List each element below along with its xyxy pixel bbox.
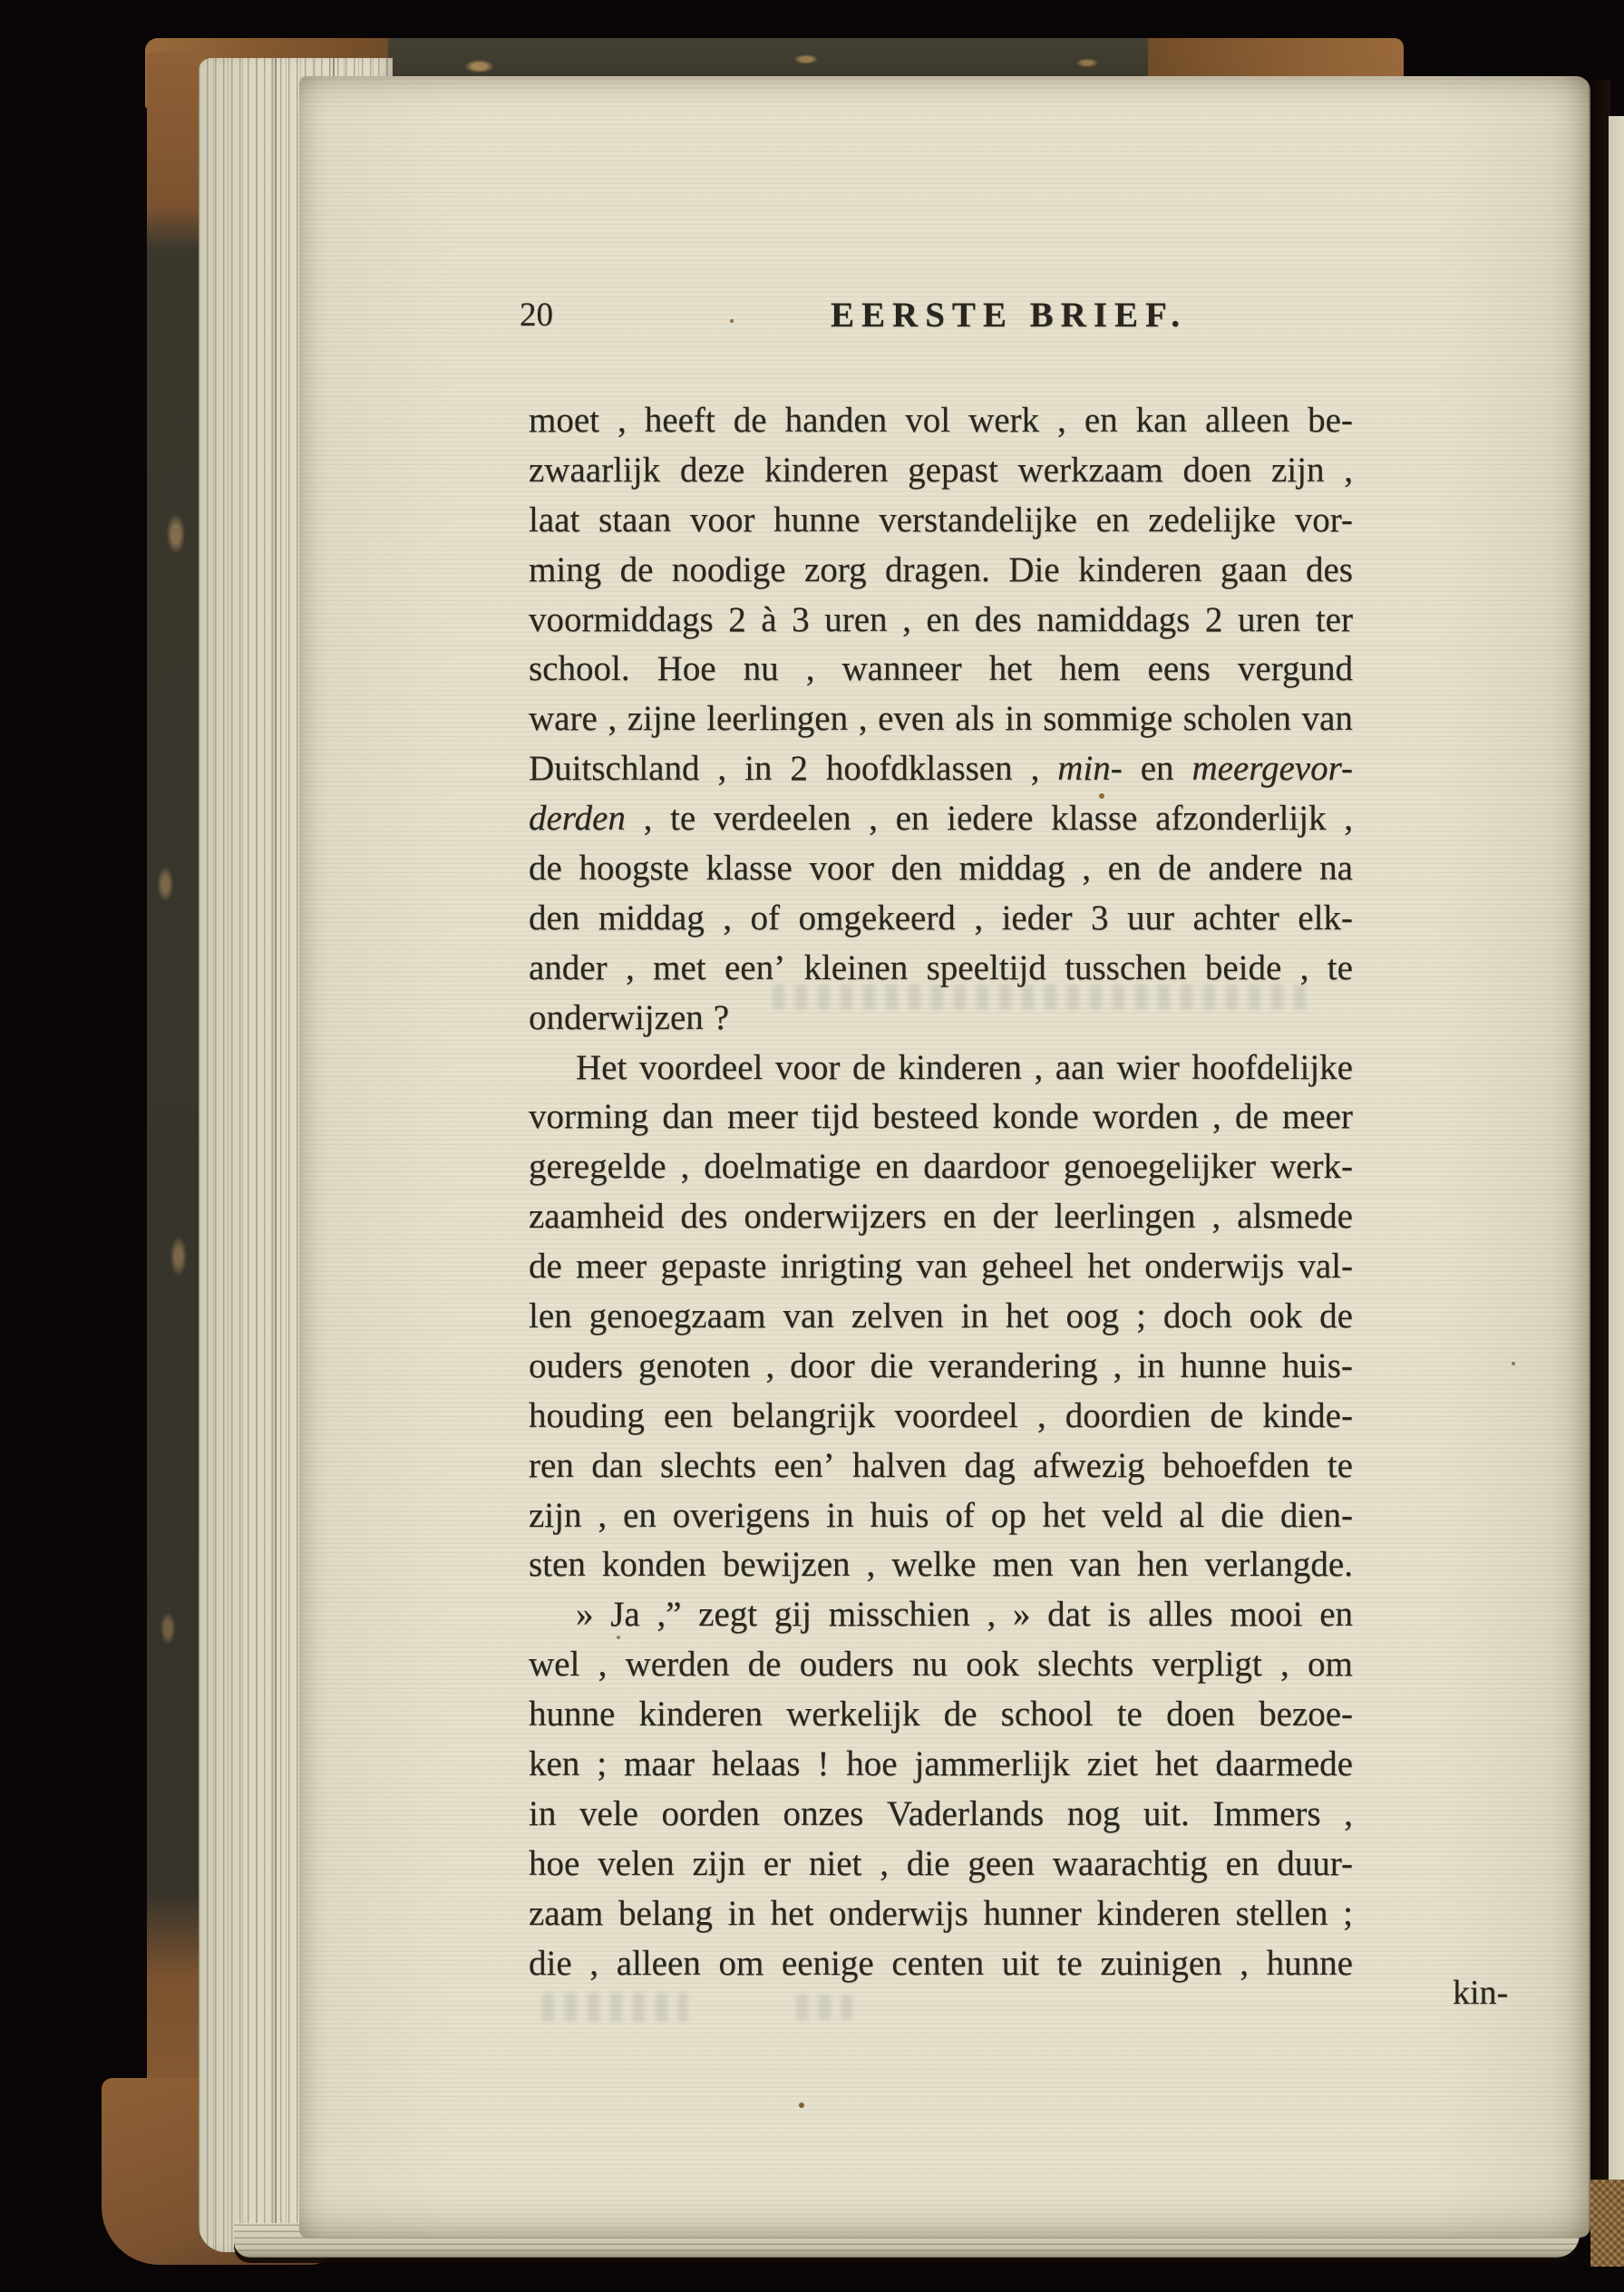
word: kinderen xyxy=(764,450,888,490)
body-line: denmiddag,ofomgekeerd,ieder3uurachterelk… xyxy=(529,893,1353,943)
body-line: vormingdanmeertijdbesteedkondeworden,dem… xyxy=(529,1092,1353,1141)
word: belang xyxy=(618,1893,713,1934)
body-line: lengenoegzaamvanzelveninhetoog;dochookde xyxy=(529,1291,1353,1341)
word: worden xyxy=(1093,1096,1199,1137)
body-line: inveleoordenonzesVaderlandsnoguit.Immers… xyxy=(529,1789,1353,1839)
word: bewijzen xyxy=(723,1544,851,1585)
word: in xyxy=(1005,698,1032,739)
word: Immers xyxy=(1212,1793,1320,1834)
next-page-sliver xyxy=(1609,116,1624,2248)
word: uren xyxy=(1238,599,1300,640)
word: heeft xyxy=(645,400,715,441)
word: , xyxy=(1212,1096,1221,1137)
word: hunne xyxy=(773,500,860,540)
word: , xyxy=(598,1644,608,1685)
word: een xyxy=(664,1395,713,1436)
word: hunne xyxy=(529,1694,615,1734)
word: de xyxy=(944,1694,977,1734)
word: doordien xyxy=(1065,1395,1191,1436)
word: , xyxy=(608,698,617,739)
word: in xyxy=(826,1495,853,1536)
word: hem xyxy=(1059,648,1120,689)
word: van xyxy=(783,1296,834,1336)
word: en xyxy=(1319,1594,1353,1635)
word: die xyxy=(529,1943,572,1984)
word: vergund xyxy=(1238,648,1353,689)
word: daardoor xyxy=(923,1146,1049,1187)
word: klasse xyxy=(1051,798,1137,839)
word: kinderen xyxy=(1078,549,1201,590)
word: geen xyxy=(968,1843,1035,1884)
word: het xyxy=(771,1893,814,1934)
word: elk- xyxy=(1298,898,1353,938)
body-text: moet,heeftdehandenvolwerk,enkanalleenbe-… xyxy=(529,395,1353,1988)
word: van xyxy=(916,1246,967,1287)
word: , xyxy=(644,798,653,839)
word: slechts xyxy=(660,1445,756,1486)
word: de xyxy=(1210,1395,1243,1436)
body-line: school.Hoenu,wanneerhethemeensvergund xyxy=(529,644,1353,694)
word: misschien xyxy=(829,1594,970,1635)
word: speeltijd xyxy=(927,947,1046,988)
word: verstandelijke xyxy=(879,500,1077,540)
word: andere xyxy=(1209,848,1303,889)
page-number: 20 xyxy=(520,296,553,335)
word: 2 xyxy=(790,748,808,789)
word: min- xyxy=(1057,748,1123,789)
word: school xyxy=(1001,1694,1094,1734)
body-line: zaambelanginhetonderwijshunnerkinderenst… xyxy=(529,1889,1353,1938)
book-scan: 20 EERSTE BRIEF. moet,heeftdehandenvolwe… xyxy=(0,0,1624,2292)
word: ouders xyxy=(529,1345,623,1386)
word: 2 xyxy=(1205,599,1223,640)
word: gepast xyxy=(908,450,998,490)
word: , xyxy=(1240,1943,1249,1984)
word: duur- xyxy=(1277,1843,1353,1884)
word: hoogste xyxy=(579,848,688,889)
word: aan xyxy=(1055,1047,1104,1088)
word: en xyxy=(896,798,929,839)
word: het xyxy=(1043,1495,1086,1536)
word: , xyxy=(1031,748,1040,789)
word: overigens xyxy=(673,1495,811,1536)
word: sten xyxy=(529,1544,586,1585)
word: Vaderlands xyxy=(887,1793,1044,1834)
word: be- xyxy=(1308,400,1353,441)
word: van xyxy=(1302,698,1353,739)
word: zuinigen xyxy=(1100,1943,1221,1984)
word: en xyxy=(1108,848,1142,889)
word: het xyxy=(1087,1246,1131,1287)
word: zijne xyxy=(627,698,696,739)
word: ming xyxy=(529,549,601,590)
word: , xyxy=(1034,1047,1043,1088)
word: , xyxy=(987,1594,996,1635)
word: te xyxy=(1327,947,1353,988)
word: uit. xyxy=(1143,1793,1190,1834)
body-line: Duitschland,in2hoofdklassen,min-enmeerge… xyxy=(529,743,1353,793)
word: helaas xyxy=(712,1743,800,1784)
word: ook xyxy=(966,1644,1019,1685)
ink-showthrough xyxy=(542,1993,687,2022)
word: halven xyxy=(852,1445,947,1486)
body-line: Hetvoordeelvoordekinderen,aanwierhoofdel… xyxy=(529,1043,1353,1093)
word: 2 xyxy=(728,599,746,640)
word: op xyxy=(991,1495,1026,1536)
word: werden xyxy=(626,1644,730,1685)
word: zaamheid xyxy=(529,1196,664,1237)
word: wel xyxy=(529,1644,579,1685)
body-line: houdingeenbelangrijkvoordeel,doordiendek… xyxy=(529,1391,1353,1441)
body-line: hunnekinderenwerkelijkdeschooltedoenbezo… xyxy=(529,1689,1353,1739)
word: ter xyxy=(1316,599,1353,640)
word: kinderen xyxy=(1096,1893,1220,1934)
word: , xyxy=(1113,1345,1123,1386)
word: dan xyxy=(591,1445,642,1486)
word: veld xyxy=(1102,1495,1162,1536)
word: dat xyxy=(1047,1594,1091,1635)
page-edge-line xyxy=(275,58,277,2252)
word: met xyxy=(653,947,705,988)
word: wanneer xyxy=(842,648,962,689)
word: hunne xyxy=(1181,1345,1267,1386)
word: , xyxy=(1057,400,1066,441)
word: vorming xyxy=(529,1096,648,1137)
word: nu xyxy=(912,1644,948,1685)
word: , xyxy=(1344,1793,1353,1834)
word: ! xyxy=(817,1743,829,1784)
word: len xyxy=(529,1296,572,1336)
word: zijn xyxy=(692,1843,744,1884)
word: dragen. xyxy=(885,549,990,590)
word: zelven xyxy=(851,1296,944,1336)
word: leerlingen xyxy=(706,698,848,739)
binding-cloth-corner xyxy=(1590,2180,1624,2267)
word: , xyxy=(618,400,627,441)
word: , xyxy=(859,698,868,739)
body-line: laatstaanvoorhunneverstandelijkeenzedeli… xyxy=(529,495,1353,545)
word: , xyxy=(723,898,732,938)
word: , xyxy=(1280,1644,1289,1685)
word: en xyxy=(623,1495,656,1536)
word: beide xyxy=(1205,947,1281,988)
word: slechts xyxy=(1037,1644,1133,1685)
word: hoe xyxy=(846,1743,897,1784)
body-line: stenkondenbewijzen,welkemenvanhenverlang… xyxy=(529,1539,1353,1589)
word: doen xyxy=(1182,450,1251,490)
word: afzonderlijk xyxy=(1155,798,1326,839)
word: kleinen xyxy=(803,947,908,988)
word: oorden xyxy=(662,1793,760,1834)
word: alleen xyxy=(1205,400,1289,441)
word: werk- xyxy=(1270,1146,1353,1187)
word: gaan xyxy=(1220,549,1288,590)
word: voormiddags xyxy=(529,599,714,640)
word: het xyxy=(1155,1743,1199,1784)
word: ; xyxy=(597,1743,607,1784)
word: geregelde xyxy=(529,1146,666,1187)
word: bezoe- xyxy=(1259,1694,1353,1734)
word: Duitschland xyxy=(529,748,699,789)
word: de xyxy=(748,1644,782,1685)
word: ander xyxy=(529,947,608,988)
word: voor xyxy=(775,1047,841,1088)
word: middag xyxy=(598,898,705,938)
word: » xyxy=(576,1594,594,1635)
word: na xyxy=(1319,848,1353,889)
word: en xyxy=(926,599,959,640)
word: de xyxy=(529,1246,562,1287)
word: genoegzaam xyxy=(589,1296,766,1336)
word: handen xyxy=(785,400,888,441)
body-line: ware,zijneleerlingen,evenalsinsommigesch… xyxy=(529,694,1353,743)
word: is xyxy=(1107,1594,1131,1635)
word: die xyxy=(907,1843,950,1884)
word: kinderen xyxy=(898,1047,1021,1088)
word: daarmede xyxy=(1215,1743,1353,1784)
word: werkzaam xyxy=(1018,450,1163,490)
word: houding xyxy=(529,1395,645,1436)
word: en xyxy=(1084,400,1118,441)
word: het xyxy=(989,648,1033,689)
word: zijn xyxy=(529,1495,581,1536)
word: verandering xyxy=(929,1345,1097,1386)
word: des xyxy=(975,599,1022,640)
word: inrigting xyxy=(781,1246,902,1287)
word: en xyxy=(1096,500,1130,540)
word: huis- xyxy=(1282,1345,1353,1386)
word: , xyxy=(598,1495,607,1536)
word: in xyxy=(744,748,772,789)
word: belangrijk xyxy=(732,1395,875,1436)
word: eens xyxy=(1148,648,1211,689)
word: doch xyxy=(1163,1296,1232,1336)
word: gepaste xyxy=(660,1246,766,1287)
word: van xyxy=(1070,1544,1121,1585)
body-line: die,alleenomeenigecentenuittezuinigen,hu… xyxy=(529,1938,1353,1988)
word: hoe xyxy=(529,1843,579,1884)
word: middag xyxy=(959,848,1065,889)
word: verpligt xyxy=(1152,1644,1261,1685)
binding-left-strip xyxy=(147,53,199,2241)
word: ook xyxy=(1250,1296,1303,1336)
body-line: derden,teverdeelen,eniedereklasseafzonde… xyxy=(529,793,1353,843)
paper-speck xyxy=(730,319,734,323)
word: , xyxy=(1344,798,1353,839)
word: in xyxy=(1137,1345,1164,1386)
word: val- xyxy=(1298,1246,1353,1287)
word: konde xyxy=(992,1096,1078,1137)
word: onderwijs xyxy=(1144,1246,1284,1287)
word: de xyxy=(852,1047,886,1088)
word: door xyxy=(790,1345,855,1386)
word: die xyxy=(870,1345,914,1386)
word: den xyxy=(529,898,579,938)
word: zijn xyxy=(1271,450,1324,490)
word: te xyxy=(1117,1694,1143,1734)
word: zwaarlijk xyxy=(529,450,660,490)
word: ieder xyxy=(1002,898,1073,938)
word: dan xyxy=(662,1096,713,1137)
word: Die xyxy=(1008,549,1059,590)
word: onderwijs xyxy=(829,1893,968,1934)
word: oog xyxy=(1066,1296,1120,1336)
word: vele xyxy=(579,1793,638,1834)
word: , xyxy=(589,1943,598,1984)
word: uur xyxy=(1127,898,1174,938)
word: het xyxy=(1006,1296,1049,1336)
word: zedelijke xyxy=(1148,500,1276,540)
word: ,” xyxy=(656,1594,681,1635)
word: en xyxy=(1141,748,1174,789)
word: , xyxy=(626,947,635,988)
word: men xyxy=(993,1544,1054,1585)
word: Ja xyxy=(610,1594,640,1635)
word: laat xyxy=(529,500,579,540)
word: konden xyxy=(602,1544,706,1585)
word: te xyxy=(1057,1943,1083,1984)
word: of xyxy=(751,898,781,938)
word: hen xyxy=(1137,1544,1188,1585)
word: in xyxy=(529,1793,556,1834)
word: doen xyxy=(1166,1694,1235,1734)
word: een’ xyxy=(724,947,785,988)
word: ? xyxy=(714,997,729,1038)
word: staan xyxy=(598,500,671,540)
word: die xyxy=(1220,1495,1264,1536)
word: even xyxy=(878,698,945,739)
word: , xyxy=(867,1544,876,1585)
word: zaam xyxy=(529,1893,603,1934)
word: te xyxy=(1327,1445,1353,1486)
body-line: zaamheiddesonderwijzersenderleerlingen,a… xyxy=(529,1191,1353,1241)
word: werkelijk xyxy=(786,1694,919,1734)
word: eenige xyxy=(782,1943,874,1984)
word: vol xyxy=(905,400,950,441)
word: te xyxy=(670,798,695,839)
word: school. xyxy=(529,648,630,689)
word: , xyxy=(806,648,815,689)
word: onderwijzers xyxy=(744,1196,926,1237)
word: genoten xyxy=(638,1345,750,1386)
word: dien- xyxy=(1280,1495,1353,1536)
word: jammerlijk xyxy=(915,1743,1070,1784)
word: hoofdklassen xyxy=(826,748,1013,789)
body-line: ken;maarhelaas!hoejammerlijkziethetdaarm… xyxy=(529,1739,1353,1789)
word: meer xyxy=(727,1096,798,1137)
word: dag xyxy=(964,1445,1015,1486)
word: hoofdelijke xyxy=(1191,1047,1353,1088)
word: wier xyxy=(1116,1047,1179,1088)
word: ken xyxy=(529,1743,579,1784)
word: om xyxy=(1308,1644,1353,1685)
word: des xyxy=(680,1196,727,1237)
word: of xyxy=(945,1495,975,1536)
word: en xyxy=(875,1146,909,1187)
word: 3 xyxy=(1091,898,1109,938)
word: leerlingen xyxy=(1054,1196,1195,1237)
word: de xyxy=(620,549,654,590)
body-line: zwaarlijkdezekinderengepastwerkzaamdoenz… xyxy=(529,445,1353,495)
word: hunner xyxy=(983,1893,1081,1934)
word: besteed xyxy=(872,1096,978,1137)
word: namiddags xyxy=(1036,599,1190,640)
word: , xyxy=(974,898,983,938)
word: » xyxy=(1013,1594,1031,1635)
word: , xyxy=(1037,1395,1046,1436)
word: vor- xyxy=(1295,500,1353,540)
word: kan xyxy=(1136,400,1187,441)
word: mooi xyxy=(1230,1594,1302,1635)
word: scholen xyxy=(1183,698,1291,739)
word: in xyxy=(961,1296,988,1336)
body-line: dehoogsteklassevoordenmiddag,endeanderen… xyxy=(529,843,1353,893)
word: ; xyxy=(1343,1893,1353,1934)
running-header: EERSTE BRIEF. xyxy=(831,295,1187,335)
word: om xyxy=(718,1943,763,1984)
body-line: zijn,enoverigensinhuisofophetveldaldiedi… xyxy=(529,1491,1353,1540)
word: ouders xyxy=(800,1644,894,1685)
ink-showthrough xyxy=(773,985,1317,1010)
word: voor xyxy=(690,500,755,540)
body-line: wel,werdendeoudersnuookslechtsverpligt,o… xyxy=(529,1639,1353,1689)
word: behoefden xyxy=(1162,1445,1309,1486)
body-line: demeergepasteinrigtingvangeheelhetonderw… xyxy=(529,1241,1353,1291)
word: sommige xyxy=(1043,698,1172,739)
word: onderwijzen xyxy=(529,997,704,1038)
word: centen xyxy=(891,1943,984,1984)
word: , xyxy=(1082,848,1091,889)
word: 3 xyxy=(792,599,810,640)
word: nog xyxy=(1067,1793,1121,1834)
word: als xyxy=(955,698,994,739)
word: voordeel xyxy=(639,1047,763,1088)
word: , xyxy=(902,599,911,640)
word: verdeelen xyxy=(714,798,851,839)
word: derden xyxy=(529,798,626,839)
word: voordeel xyxy=(894,1395,1017,1436)
word: de xyxy=(1235,1096,1269,1137)
word: tijd xyxy=(812,1096,859,1137)
word: klasse xyxy=(705,848,792,889)
word: al xyxy=(1179,1495,1204,1536)
word: Het xyxy=(576,1047,627,1088)
word: de xyxy=(1158,848,1191,889)
word: à xyxy=(761,599,776,640)
word: huis xyxy=(870,1495,929,1536)
word: doelmatige xyxy=(704,1146,861,1187)
word: meer xyxy=(1282,1096,1353,1137)
word: alleen xyxy=(617,1943,701,1984)
word: zegt xyxy=(698,1594,757,1635)
word: de xyxy=(529,848,562,889)
word: in xyxy=(728,1893,755,1934)
word: voor xyxy=(809,848,874,889)
body-line: moet,heeftdehandenvolwerk,enkanalleenbe- xyxy=(529,395,1353,445)
word: , xyxy=(1211,1196,1220,1237)
word: ren xyxy=(529,1445,574,1486)
word: en xyxy=(943,1196,977,1237)
word: afwezig xyxy=(1033,1445,1144,1486)
word: iedere xyxy=(947,798,1033,839)
body-line: »Ja,”zegtgijmisschien,»datisallesmooien xyxy=(529,1589,1353,1639)
word: onzes xyxy=(783,1793,863,1834)
word: stellen xyxy=(1236,1893,1328,1934)
word: welke xyxy=(891,1544,976,1585)
word: , xyxy=(717,748,726,789)
word: velen xyxy=(598,1843,674,1884)
word: waarachtig xyxy=(1053,1843,1208,1884)
